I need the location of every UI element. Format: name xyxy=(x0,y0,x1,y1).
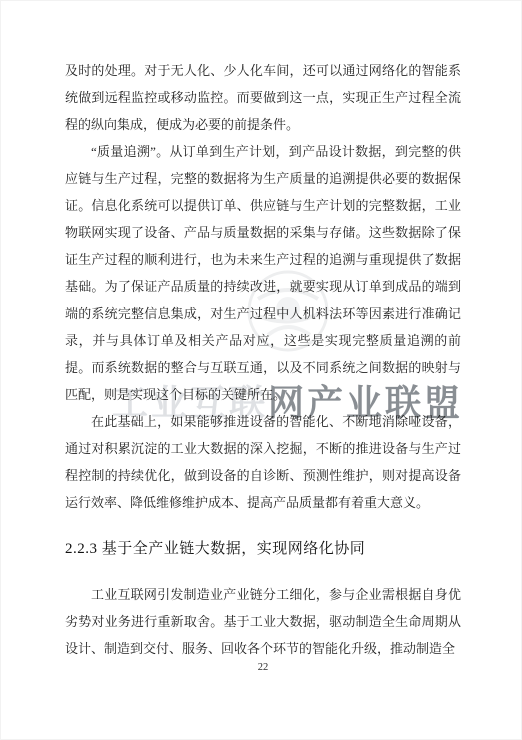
section-heading: 2.2.3 基于全产业链大数据，实现网络化协同 xyxy=(65,538,461,560)
paragraph-industry-chain: 工业互联网引发制造业产业链分工细化，参与企业需根据自身优劣势对业务进行重新取舍。… xyxy=(65,581,461,662)
page-content: 及时的处理。对于无人化、少人化车间，还可以通过网络化的智能系统做到远程监控或移动… xyxy=(65,57,461,662)
paragraph-device-intelligence: 在此基础上，如果能够推进设备的智能化、不断地消除哑设备，通过对积累沉淀的工业大数… xyxy=(65,408,461,516)
paragraph-continuation: 及时的处理。对于无人化、少人化车间，还可以通过网络化的智能系统做到远程监控或移动… xyxy=(65,57,461,138)
paragraph-quality-trace: “质量追溯”。从订单到生产计划，到产品设计数据，到完整的供应链与生产过程，完整的… xyxy=(65,138,461,408)
page-number: 22 xyxy=(65,662,461,673)
document-page: 工业互联网产业联盟 及时的处理。对于无人化、少人化车间，还可以通过网络化的智能系… xyxy=(0,0,522,740)
